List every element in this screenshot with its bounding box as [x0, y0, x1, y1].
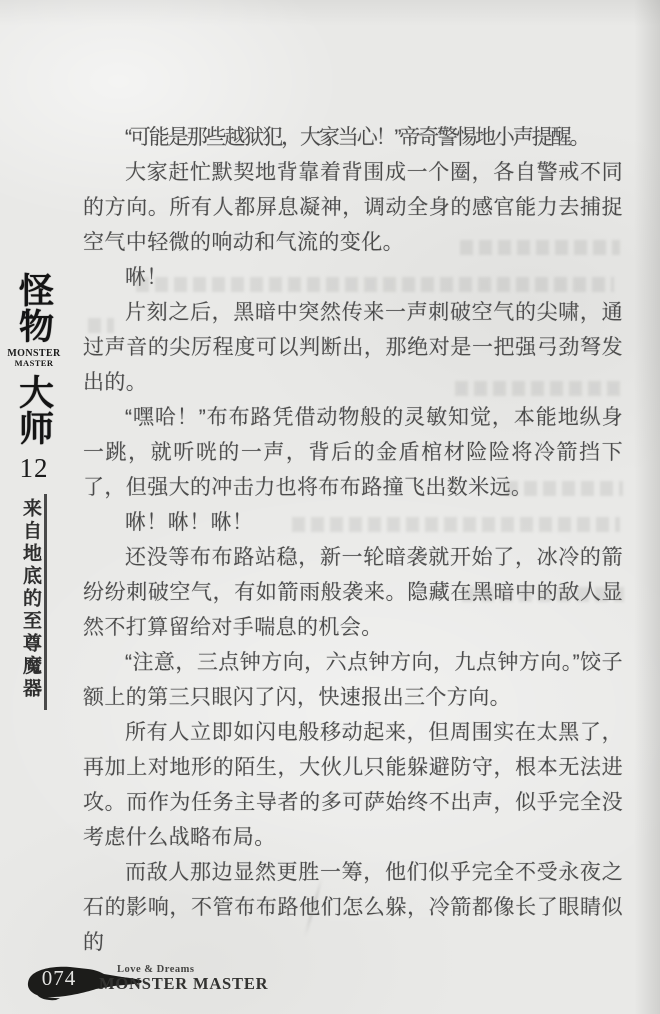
page-number: 074	[38, 966, 80, 991]
volume-number: 12	[20, 455, 49, 482]
paragraph: 大家赶忙默契地背靠着背围成一个圈，各自警戒不同的方向。所有人都屏息凝神，调动全身…	[83, 155, 623, 260]
series-logo-line2: MASTER	[7, 359, 60, 368]
body-text: “可能是那些越狱犯，大家当心！”帝奇警惕地小声提醒。大家赶忙默契地背靠着背围成一…	[83, 120, 623, 960]
page-footer: 074 Love & Dreams MONSTER MASTER	[0, 956, 660, 1008]
paragraph: “可能是那些越狱犯，大家当心！”帝奇警惕地小声提醒。	[83, 120, 623, 155]
book-page-scan: 怪物 MONSTER MASTER 大师 12 来自地底的至尊魔器 “可能是那些…	[0, 0, 660, 1014]
sidebar-series-branding: 怪物 MONSTER MASTER 大师 12 来自地底的至尊魔器	[7, 272, 61, 710]
series-title-bottom: 大师	[17, 374, 52, 446]
paragraph: 片刻之后，黑暗中突然传来一声刺破空气的尖啸，通过声音的尖厉程度可以判断出，那绝对…	[83, 295, 623, 400]
volume-subtitle-block: 来自地底的至尊魔器	[21, 498, 47, 710]
subtitle-rule	[44, 494, 47, 710]
footer-series-mark: Love & Dreams MONSTER MASTER	[99, 964, 268, 992]
paragraph: “注意，三点钟方向，六点钟方向，九点钟方向。”饺子额上的第三只眼闪了闪，快速报出…	[83, 645, 623, 715]
volume-subtitle: 来自地底的至尊魔器	[21, 498, 40, 701]
series-logo: MONSTER MASTER	[7, 349, 60, 368]
paragraph: 所有人立即如闪电般移动起来，但周围实在太黑了，再加上对地形的陌生，大伙儿只能躲避…	[83, 715, 623, 855]
paragraph: 咻！	[83, 260, 623, 295]
footer-series-name: MONSTER MASTER	[99, 975, 268, 992]
series-title-top: 怪物	[17, 272, 52, 344]
paragraph: 而敌人那边显然更胜一筹，他们似乎完全不受永夜之石的影响，不管布布路他们怎么躲，冷…	[83, 855, 623, 960]
paragraph: 还没等布布路站稳，新一轮暗袭就开始了，冰冷的箭纷纷刺破空气，有如箭雨般袭来。隐藏…	[83, 540, 623, 645]
paragraph: 咻！咻！咻！	[83, 505, 623, 540]
paragraph: “嘿哈！”布布路凭借动物般的灵敏知觉，本能地纵身一跳，就听咣的一声，背后的金盾棺…	[83, 400, 623, 505]
